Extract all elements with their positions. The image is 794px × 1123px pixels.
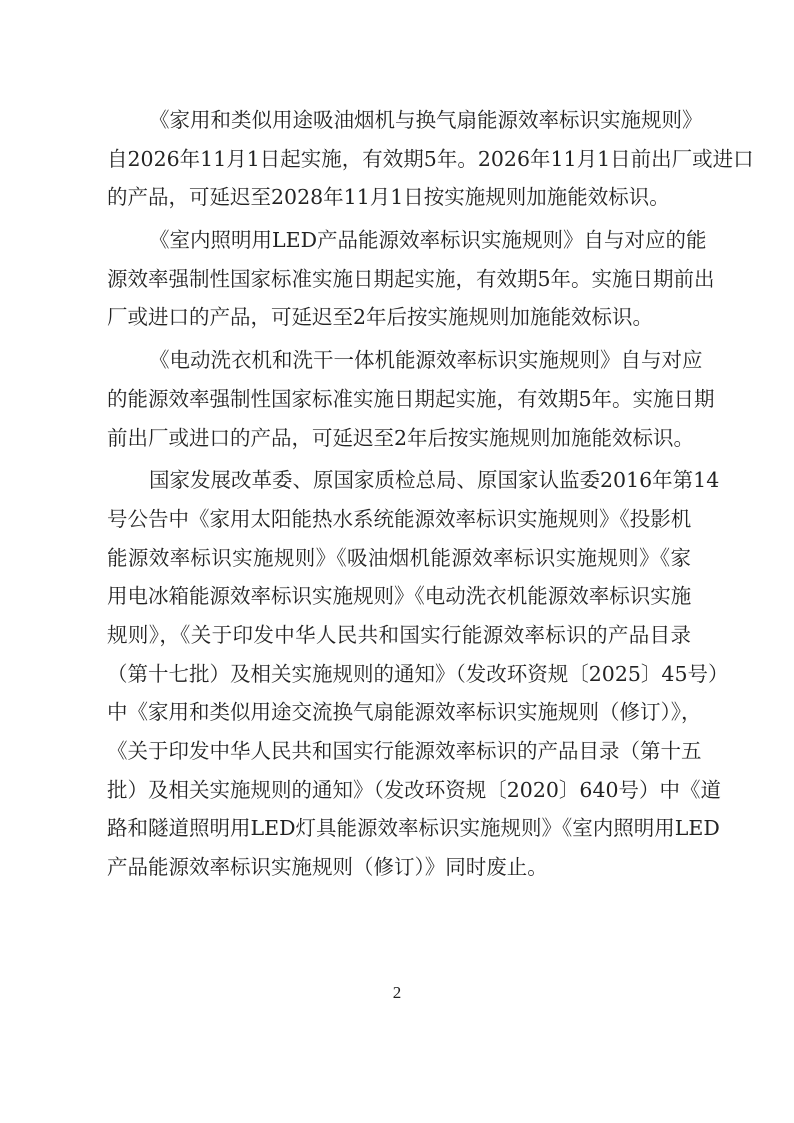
text-line: 批）及相关实施规则的通知》（发改环资规〔2020〕640号）中《道	[107, 771, 691, 810]
text-line: 规则》，《关于印发中华人民共和国实行能源效率标识的产品目录	[107, 616, 691, 655]
paragraph-indoor-led-rules: 《室内照明用LED产品能源效率标识实施规则》自与对应的能 源效率强制性国家标准实…	[107, 221, 691, 337]
text-line: 《电动洗衣机和洗干一体机能源效率标识实施规则》自与对应	[107, 341, 691, 380]
text-line: 路和隧道照明用LED灯具能源效率标识实施规则》《室内照明用LED	[107, 809, 691, 848]
text-line: 能源效率标识实施规则》《吸油烟机能源效率标识实施规则》《家	[107, 539, 691, 578]
text-line: （第十七批）及相关实施规则的通知》（发改环资规〔2025〕45号）	[107, 655, 691, 694]
text-line: 用电冰箱能源效率标识实施规则》《电动洗衣机能源效率标识实施	[107, 577, 691, 616]
text-line: 自2026年11月1日起实施，有效期5年。2026年11月1日前出厂或进口	[107, 140, 691, 179]
paragraph-washing-machine-rules: 《电动洗衣机和洗干一体机能源效率标识实施规则》自与对应 的能源效率强制性国家标准…	[107, 341, 691, 457]
text-line: 《家用和类似用途吸油烟机与换气扇能源效率标识实施规则》	[107, 101, 691, 140]
paragraph-range-hood-rules: 《家用和类似用途吸油烟机与换气扇能源效率标识实施规则》 自2026年11月1日起…	[107, 101, 691, 217]
text-line: 的产品，可延迟至2028年11月1日按实施规则加施能效标识。	[107, 178, 691, 217]
text-line: 厂或进口的产品，可延迟至2年后按实施规则加施能效标识。	[107, 298, 691, 337]
text-line: 中《家用和类似用途交流换气扇能源效率标识实施规则（修订）》，	[107, 693, 691, 732]
text-line: 《室内照明用LED产品能源效率标识实施规则》自与对应的能	[107, 221, 691, 260]
text-line: 源效率强制性国家标准实施日期起实施，有效期5年。实施日期前出	[107, 260, 691, 299]
text-line: 国家发展改革委、原国家质检总局、原国家认监委2016年第14	[107, 461, 691, 500]
page-number: 2	[0, 983, 794, 1003]
text-line: 号公告中《家用太阳能热水系统能源效率标识实施规则》《投影机	[107, 500, 691, 539]
paragraph-abolished-rules: 国家发展改革委、原国家质检总局、原国家认监委2016年第14 号公告中《家用太阳…	[107, 461, 691, 887]
text-line: 《关于印发中华人民共和国实行能源效率标识的产品目录（第十五	[107, 732, 691, 771]
text-line: 前出厂或进口的产品，可延迟至2年后按实施规则加施能效标识。	[107, 419, 691, 458]
text-line: 的能源效率强制性国家标准实施日期起实施，有效期5年。实施日期	[107, 380, 691, 419]
text-line: 产品能源效率标识实施规则（修订）》同时废止。	[107, 848, 691, 887]
document-body: 《家用和类似用途吸油烟机与换气扇能源效率标识实施规则》 自2026年11月1日起…	[107, 101, 691, 887]
